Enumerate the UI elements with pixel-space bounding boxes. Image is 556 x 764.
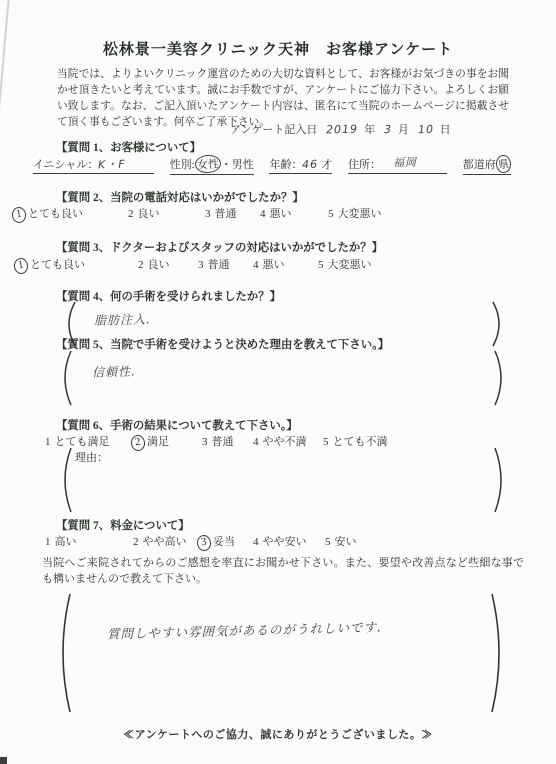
q3-option-1-label: とても良い <box>30 259 85 271</box>
q7-option-5: 5安い <box>325 533 357 549</box>
survey-scan-page: 松林景一美容クリニック天神 お客様アンケート 当院では、よりよいクリニック運営の… <box>0 0 556 764</box>
q1-age-label: 年齢： <box>269 159 302 171</box>
q2-heading: 【質問 2、当院の電話対応はいかがでしたか？】 <box>56 189 304 205</box>
q5-right-bracket-icon <box>494 350 508 406</box>
q2-option-1-num: 1 <box>11 206 27 224</box>
q3-heading: 【質問 3、ドクターおよびスタッフの対応はいかがでしたか？】 <box>56 239 383 255</box>
q3-option-2: 2良い <box>138 256 170 272</box>
q1-fields: イニシャル：K・F 性別:女性・男性 年齢：46 才 住所：福岡 都道府県 <box>33 155 511 175</box>
comments-left-bracket-icon <box>55 593 71 713</box>
q1-initial-field: イニシャル：K・F <box>33 156 154 174</box>
q1-gender-field: 性別:女性・男性 <box>170 155 254 175</box>
q7-option-4-num: 4 <box>253 536 259 548</box>
q2-option-4-num: 4 <box>260 208 266 220</box>
q2-option-1: 1とても良い <box>12 205 83 223</box>
q7-option-3-num: 3 <box>196 534 212 552</box>
q3-option-3-label: 普通 <box>208 259 230 271</box>
q3-option-5-num: 5 <box>318 259 324 271</box>
q6-reason-label: 理由： <box>75 449 108 465</box>
q3-option-2-label: 良い <box>148 259 170 271</box>
q1-heading: 【質問 1、お客様について】 <box>56 139 201 155</box>
q3-option-2-num: 2 <box>138 259 144 271</box>
q2-option-4: 4悪い <box>260 205 292 221</box>
q7-option-3-label: 妥当 <box>213 536 235 548</box>
q2-option-2-num: 2 <box>128 208 134 220</box>
comments-right-bracket-icon <box>491 593 507 713</box>
q7-options: 1高い 2やや高い 3妥当 4やや安い 5安い <box>0 533 556 551</box>
q1-address-value: 福岡 <box>393 154 417 171</box>
date-line: アンケート記入日 2019年 3月 10日 <box>230 121 451 137</box>
q2-option-2-label: 良い <box>138 208 160 220</box>
q1-address-suffix: 都道府 <box>463 159 496 171</box>
q3-option-1-num: 1 <box>13 257 29 275</box>
q7-heading: 【質問 7、料金について】 <box>56 517 190 533</box>
q1-initial-value: K・F <box>98 156 126 173</box>
q2-option-2: 2良い <box>128 205 160 221</box>
q7-option-2-label: やや高い <box>143 536 187 548</box>
q6-right-bracket-icon <box>494 447 508 513</box>
q5-answer-area: 信頼性. <box>58 350 508 406</box>
q1-address-suffix-circled: 県 <box>495 155 511 174</box>
q1-gender-male: 男性 <box>232 159 254 171</box>
q3-option-4-label: 悪い <box>263 259 285 271</box>
q4-right-bracket-icon <box>492 301 506 347</box>
date-year-value: 2019 <box>326 123 358 137</box>
q1-address-field: 住所：福岡 <box>348 156 447 174</box>
date-day-value: 10 <box>417 123 433 136</box>
q1-address-label: 住所： <box>348 159 381 171</box>
comments-area: 質問しやすい雰囲気があるのがうれしいです. <box>55 593 507 713</box>
q7-option-2-num: 2 <box>133 536 139 548</box>
q1-gender-label: 性別: <box>170 159 195 171</box>
q1-age-value: 46 <box>302 158 318 171</box>
q3-option-4: 4悪い <box>253 256 285 272</box>
q7-option-1-num: 1 <box>45 536 51 548</box>
q7-option-1-label: 高い <box>55 536 77 548</box>
q1-address-suffix-field: 都道府県 <box>463 155 511 175</box>
scan-artifact-corner-mark <box>0 757 7 764</box>
q1-initial-label: イニシャル： <box>33 159 98 171</box>
q2-option-3-label: 普通 <box>215 208 237 220</box>
q2-options: 1とても良い 2良い 3普通 4悪い 5大変悪い <box>0 205 556 223</box>
q3-option-1: 1とても良い <box>14 256 85 274</box>
q2-option-3-num: 3 <box>205 208 211 220</box>
q6-option-1-num: 1 <box>45 436 51 448</box>
q3-option-5-label: 大変悪い <box>328 259 372 271</box>
q7-option-2: 2やや高い <box>133 533 187 549</box>
q5-left-bracket-icon <box>58 350 72 406</box>
q7-option-5-num: 5 <box>325 536 331 548</box>
comments-prompt: 当院へご来院されてからのご感想を率直にお聞かせ下さい。また、要望や改善点など些細… <box>42 556 524 587</box>
q6-left-bracket-icon <box>58 447 72 513</box>
q5-answer-text: 信頼性. <box>92 362 136 380</box>
q7-option-5-label: 安い <box>335 536 357 548</box>
q3-options: 1とても良い 2良い 3普通 4悪い 5大変悪い <box>0 256 556 274</box>
date-label: アンケート記入日 <box>230 124 317 136</box>
q7-option-1: 1高い <box>45 533 77 549</box>
q2-option-3: 3普通 <box>205 205 237 221</box>
q7-option-4-label: やや安い <box>263 536 307 548</box>
q1-gender-female-circled: 女性 <box>194 154 221 173</box>
q6-reason-area: 理由： <box>58 447 508 513</box>
q1-age-unit: 才 <box>321 159 332 171</box>
q2-option-5-label: 大変悪い <box>338 208 382 220</box>
q2-option-4-label: 悪い <box>270 208 292 220</box>
q3-option-5: 5大変悪い <box>318 256 372 272</box>
q2-option-5: 5大変悪い <box>328 205 382 221</box>
date-year-unit: 年 <box>364 124 375 136</box>
q3-option-4-num: 4 <box>253 259 259 271</box>
date-month-value: 3 <box>384 123 392 136</box>
comments-answer-text: 質問しやすい雰囲気があるのがうれしいです. <box>107 617 382 642</box>
q1-age-field: 年齢：46 才 <box>269 156 332 174</box>
date-day-unit: 日 <box>440 124 451 136</box>
footer-thanks: ≪アンケートへのご協力、誠にありがとうございました。≫ <box>0 726 556 742</box>
q2-option-5-num: 5 <box>328 208 334 220</box>
q6-heading: 【質問 6、手術の結果について教えて下さい。】 <box>56 417 298 433</box>
q4-answer-text: 脂肪注入. <box>94 310 151 328</box>
q3-option-3: 3普通 <box>198 256 230 272</box>
q7-option-3: 3妥当 <box>197 533 235 551</box>
scan-artifact-diagonal <box>0 0 9 131</box>
q3-option-3-num: 3 <box>198 259 204 271</box>
q2-option-1-label: とても良い <box>28 208 83 220</box>
page-title: 松林景一美容クリニック天神 お客様アンケート <box>0 38 556 59</box>
q1-gender-separator: ・ <box>221 159 232 171</box>
date-month-unit: 月 <box>398 124 409 136</box>
q7-option-4: 4やや安い <box>253 533 307 549</box>
